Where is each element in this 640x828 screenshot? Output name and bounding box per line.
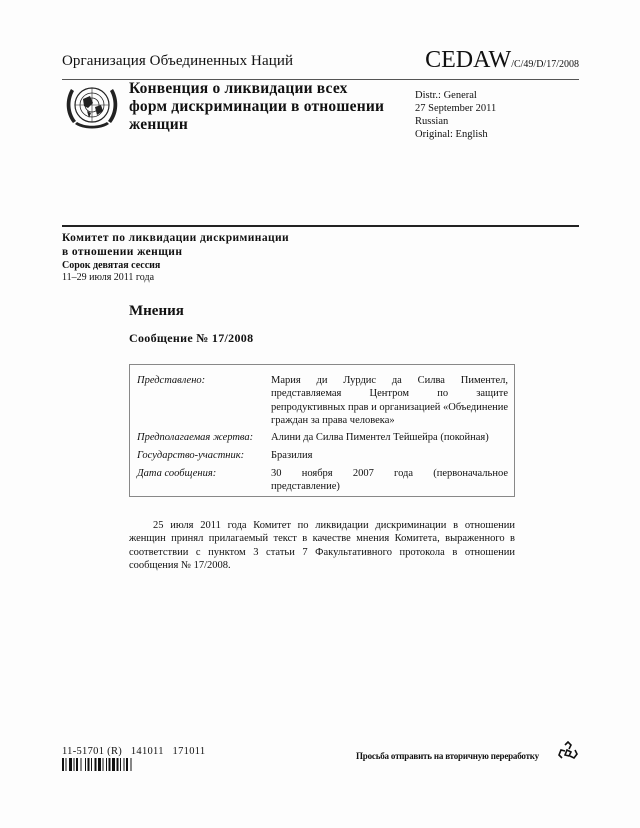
barcode-icon xyxy=(62,758,172,771)
distribution-info: Distr.: General 27 September 2011 Russia… xyxy=(415,89,496,141)
distribution-date: 27 September 2011 xyxy=(415,102,496,115)
detail-label: Дата сообщения: xyxy=(137,467,216,480)
committee-name-line2: в отношении женщин xyxy=(62,245,289,259)
detail-value: Бразилия xyxy=(271,449,508,462)
committee-name-line1: Комитет по ликвидации дискриминации xyxy=(62,231,289,245)
un-emblem-icon xyxy=(63,81,121,131)
organization-name: Организация Объединенных Наций xyxy=(62,53,293,70)
session-dates: 11–29 июля 2011 года xyxy=(62,272,154,284)
job-number: 11-51701 (R) 141011 171011 xyxy=(62,746,205,757)
detail-value: Алини да Силва Пиментел Тейшейра (покойн… xyxy=(271,431,508,444)
section-rule xyxy=(62,225,579,227)
committee-name: Комитет по ликвидации дискриминации в от… xyxy=(62,231,289,259)
symbol-main: CEDAW xyxy=(425,47,511,73)
distribution-language: Russian xyxy=(415,115,496,128)
details-box: Представлено: Мария ди Лурдис да Силва П… xyxy=(129,364,515,497)
detail-label: Предполагаемая жертва: xyxy=(137,431,253,444)
detail-value: 30 ноября 2007 года (первоначальное пред… xyxy=(271,467,508,494)
recycle-text: Просьба отправить на вторичную переработ… xyxy=(356,751,539,761)
detail-label: Государство-участник: xyxy=(137,449,244,462)
symbol-suffix: /C/49/D/17/2008 xyxy=(511,59,579,70)
convention-title: Конвенция о ликвидации всех форм дискрим… xyxy=(129,80,389,134)
detail-label: Представлено: xyxy=(137,374,205,387)
communication-number: Сообщение № 17/2008 xyxy=(129,331,253,346)
detail-value: Мария ди Лурдис да Силва Пиментел, предс… xyxy=(271,374,508,427)
document-symbol: CEDAW/C/49/D/17/2008 xyxy=(425,47,579,74)
recycle-icon xyxy=(557,741,579,763)
session: Сорок девятая сессия xyxy=(62,260,160,272)
section-heading: Мнения xyxy=(129,303,184,320)
body-paragraph: 25 июля 2011 года Комитет по ликвидации … xyxy=(129,519,515,572)
distribution-original: Original: English xyxy=(415,128,496,141)
distribution-type: Distr.: General xyxy=(415,89,496,102)
